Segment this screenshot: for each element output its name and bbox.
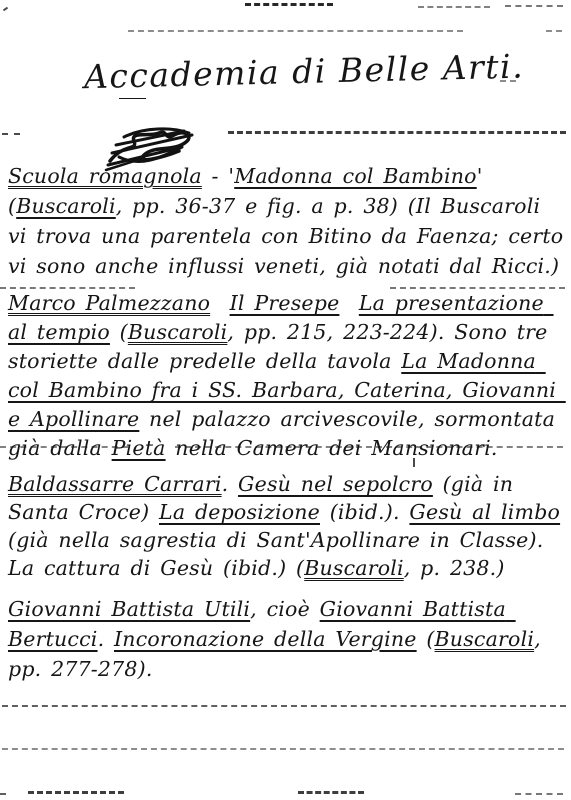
text-segment: , cioè xyxy=(250,597,319,621)
paragraph-giovanni-battista-utili: Giovanni Battista Utili, cioè Giovanni B… xyxy=(8,594,564,684)
text-segment: Gesù nel sepolcro xyxy=(238,472,433,496)
scan-artifact-line xyxy=(0,446,128,448)
text-segment: Pietà xyxy=(112,436,166,460)
text-segment: La deposizione xyxy=(159,500,320,524)
text-segment: Buscaroli xyxy=(16,194,116,218)
text-segment: Giovanni Battista Utili xyxy=(8,597,250,621)
text-segment: . xyxy=(98,627,114,651)
text-segment: Incoronazione della Vergine xyxy=(114,627,417,651)
text-segment: Buscaroli xyxy=(435,627,535,651)
paragraph-marco-palmezzano: Marco Palmezzano Il Presepe La presentaz… xyxy=(8,289,564,463)
text-segment: Marco Palmezzano xyxy=(8,291,210,315)
scan-artifact-line xyxy=(515,793,563,795)
scan-artifact-line xyxy=(2,133,20,135)
text-segment: Baldassarre Carrari xyxy=(8,472,222,496)
text-segment: Il Presepe xyxy=(230,291,340,315)
text-segment: nella Camera dei Mansionari. xyxy=(166,436,498,460)
scan-artifact-line xyxy=(175,446,563,448)
text-segment: Scuola romagnola xyxy=(8,164,202,188)
text-segment: ( xyxy=(417,627,435,651)
page-title: Accademia di Belle Arti. xyxy=(84,47,515,96)
scan-artifact-line xyxy=(245,3,333,6)
text-segment: ( xyxy=(110,320,128,344)
text-segment xyxy=(339,291,358,315)
scan-artifact-line xyxy=(128,30,463,32)
paragraph-baldassarre-carrari: Baldassarre Carrari. Gesù nel sepolcro (… xyxy=(8,470,564,582)
text-segment: Gesù al limbo xyxy=(409,500,560,524)
text-segment: - ' xyxy=(202,164,234,188)
text-segment: Madonna col Bambino xyxy=(234,164,476,188)
text-segment xyxy=(210,291,229,315)
scan-artifact-line xyxy=(298,791,364,794)
scan-artifact-line xyxy=(546,30,562,32)
title-underline-mark xyxy=(119,98,146,99)
text-segment: Buscaroli xyxy=(128,320,228,344)
scan-artifact-line xyxy=(505,5,563,7)
paragraph-scuola-romagnola: Scuola romagnola - 'Madonna col Bambino'… xyxy=(8,161,564,281)
scan-artifact-line xyxy=(2,748,564,750)
text-segment: . xyxy=(222,472,238,496)
text-segment: , p. 238.) xyxy=(404,556,505,580)
manuscript-page: Accademia di Belle Arti. Scuola romagnol… xyxy=(0,0,571,800)
scan-artifact-line xyxy=(418,6,490,8)
scan-artifact-line xyxy=(28,791,124,794)
text-segment: Buscaroli xyxy=(304,556,404,580)
scan-artifact-tick xyxy=(3,7,8,12)
text-segment: (ibid.). xyxy=(320,500,409,524)
scan-artifact-line xyxy=(228,131,566,134)
scan-artifact-tick xyxy=(0,793,6,795)
scan-artifact-line xyxy=(2,705,566,707)
scan-artifact-tick xyxy=(413,458,415,467)
